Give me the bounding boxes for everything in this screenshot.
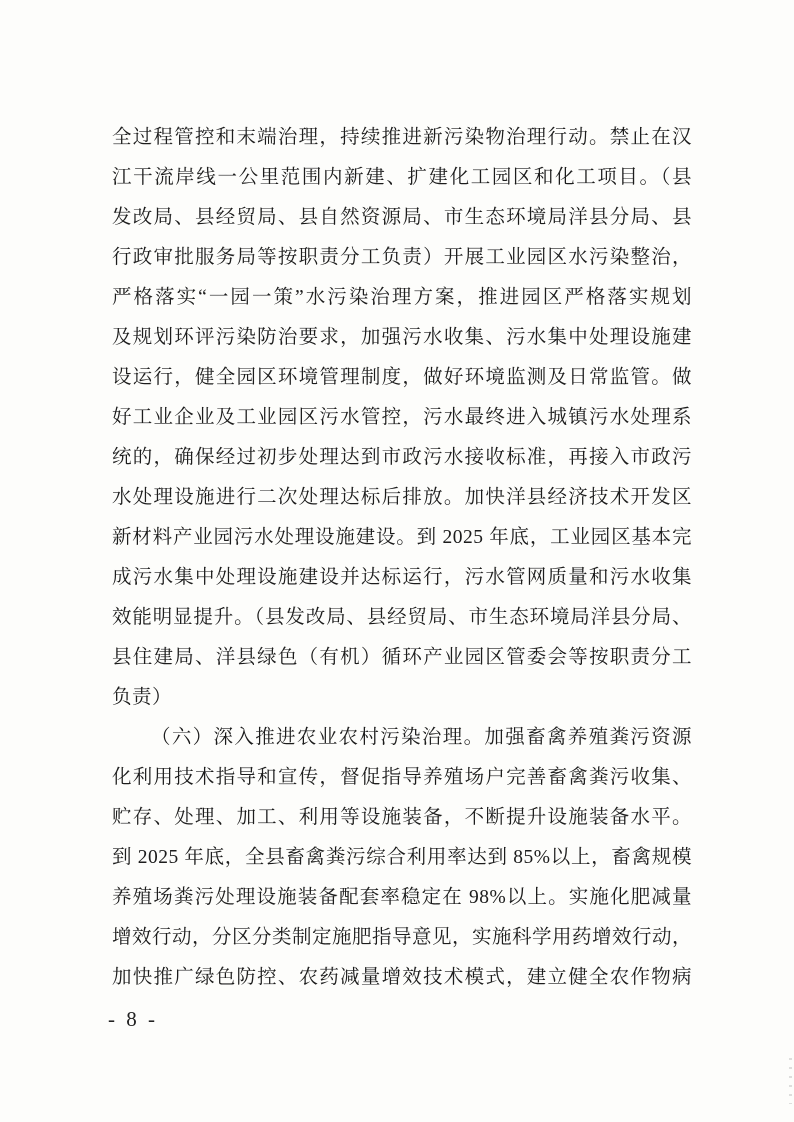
text-line: 好工业企业及工业园区污水管控，污水最终进入城镇污水处理系	[112, 398, 692, 438]
text-line: 县住建局、洋县绿色（有机）循环产业园区管委会等按职责分工	[112, 638, 692, 678]
text-line: 江干流岸线一公里范围内新建、扩建化工园区和化工项目。（县	[112, 158, 692, 198]
text-line: 到 2025 年底，全县畜禽粪污综合利用率达到 85%以上，畜禽规模	[112, 838, 692, 878]
page-number: - 8 -	[108, 1004, 158, 1034]
text-line: 严格落实“一园一策”水污染治理方案，推进园区严格落实规划	[112, 278, 692, 318]
text-line: 统的，确保经过初步处理达到市政污水接收标准，再接入市政污	[112, 438, 692, 478]
text-line: 增效行动，分区分类制定施肥指导意见，实施科学用药增效行动，	[112, 918, 692, 958]
text-line: 加快推广绿色防控、农药减量增效技术模式，建立健全农作物病	[112, 958, 692, 998]
text-line: 水处理设施进行二次处理达标后排放。加快洋县经济技术开发区	[112, 478, 692, 518]
text-line: 发改局、县经贸局、县自然资源局、市生态环境局洋县分局、县	[112, 198, 692, 238]
text-line: 行政审批服务局等按职责分工负责）开展工业园区水污染整治，	[112, 238, 692, 278]
text-line: 贮存、处理、加工、利用等设施装备，不断提升设施装备水平。	[112, 798, 692, 838]
text-line: 新材料产业园污水处理设施建设。到 2025 年底，工业园区基本完	[112, 518, 692, 558]
text-line: 及规划环评污染防治要求，加强污水收集、污水集中处理设施建	[112, 318, 692, 358]
text-line: 设运行，健全园区环境管理制度，做好环境监测及日常监管。做	[112, 358, 692, 398]
text-line: 效能明显提升。（县发改局、县经贸局、市生态环境局洋县分局、	[112, 598, 692, 638]
text-line: 化利用技术指导和宣传，督促指导养殖场户完善畜禽粪污收集、	[112, 758, 692, 798]
scan-artifact	[789, 1058, 792, 1104]
document-body: 全过程管控和末端治理，持续推进新污染物治理行动。禁止在汉江干流岸线一公里范围内新…	[112, 118, 692, 998]
text-line: （六）深入推进农业农村污染治理。加强畜禽养殖粪污资源	[112, 718, 692, 758]
text-line: 养殖场粪污处理设施装备配套率稳定在 98%以上。实施化肥减量	[112, 878, 692, 918]
text-line: 成污水集中处理设施建设并达标运行，污水管网质量和污水收集	[112, 558, 692, 598]
text-line: 负责）	[112, 678, 692, 718]
text-line: 全过程管控和末端治理，持续推进新污染物治理行动。禁止在汉	[112, 118, 692, 158]
document-page: 全过程管控和末端治理，持续推进新污染物治理行动。禁止在汉江干流岸线一公里范围内新…	[0, 0, 794, 1122]
